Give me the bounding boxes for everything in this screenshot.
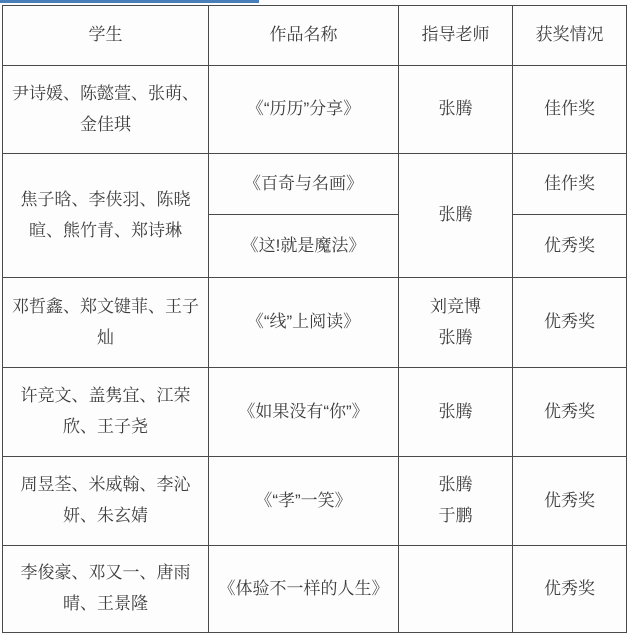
award-cell: 佳作奖 [513, 154, 627, 215]
table-row: 焦子晗、李侠羽、陈晓 暄、熊竹青、郑诗琳 《百奇与名画》 张腾 佳作奖 [3, 154, 627, 215]
teacher-cell [399, 546, 513, 633]
students-cell: 邓哲鑫、郑文键菲、王子 灿 [3, 278, 209, 368]
table-header-row: 学生 作品名称 指导老师 获奖情况 [3, 6, 627, 66]
teacher-cell: 张腾 [399, 66, 513, 154]
students-cell: 李俊豪、邓又一、唐雨 晴、王景隆 [3, 546, 209, 633]
award-cell: 优秀奖 [513, 546, 627, 633]
header-teacher: 指导老师 [399, 6, 513, 66]
work-cell: 《百奇与名画》 [209, 154, 399, 215]
work-cell: 《“孝”一笑》 [209, 457, 399, 546]
teacher-cell: 张腾 于鹏 [399, 457, 513, 546]
table-row: 尹诗媛、陈懿萱、张萌、 金佳琪 《“历历”分享》 张腾 佳作奖 [3, 66, 627, 154]
teacher-cell: 张腾 [399, 154, 513, 278]
table-row: 周昱荃、米威翰、李沁 妍、朱玄婧 《“孝”一笑》 张腾 于鹏 优秀奖 [3, 457, 627, 546]
students-cell: 尹诗媛、陈懿萱、张萌、 金佳琪 [3, 66, 209, 154]
top-accent-line [0, 0, 259, 3]
award-cell: 优秀奖 [513, 457, 627, 546]
table-row: 许竞文、盖隽宜、江荣 欣、王子尧 《如果没有“你”》 张腾 优秀奖 [3, 368, 627, 457]
work-cell: 《“历历”分享》 [209, 66, 399, 154]
work-cell: 《体验不一样的人生》 [209, 546, 399, 633]
work-cell: 《这!就是魔法》 [209, 215, 399, 278]
table-row: 邓哲鑫、郑文键菲、王子 灿 《“线”上阅读》 刘竞博 张腾 优秀奖 [3, 278, 627, 368]
header-work: 作品名称 [209, 6, 399, 66]
award-cell: 优秀奖 [513, 368, 627, 457]
students-cell: 焦子晗、李侠羽、陈晓 暄、熊竹青、郑诗琳 [3, 154, 209, 278]
header-students: 学生 [3, 6, 209, 66]
teacher-cell: 张腾 [399, 368, 513, 457]
award-cell: 佳作奖 [513, 66, 627, 154]
table-row: 李俊豪、邓又一、唐雨 晴、王景隆 《体验不一样的人生》 优秀奖 [3, 546, 627, 633]
awards-table: 学生 作品名称 指导老师 获奖情况 尹诗媛、陈懿萱、张萌、 金佳琪 《“历历”分… [2, 5, 627, 633]
award-cell: 优秀奖 [513, 278, 627, 368]
work-cell: 《如果没有“你”》 [209, 368, 399, 457]
students-cell: 许竞文、盖隽宜、江荣 欣、王子尧 [3, 368, 209, 457]
award-cell: 优秀奖 [513, 215, 627, 278]
header-award: 获奖情况 [513, 6, 627, 66]
work-cell: 《“线”上阅读》 [209, 278, 399, 368]
teacher-cell: 刘竞博 张腾 [399, 278, 513, 368]
students-cell: 周昱荃、米威翰、李沁 妍、朱玄婧 [3, 457, 209, 546]
